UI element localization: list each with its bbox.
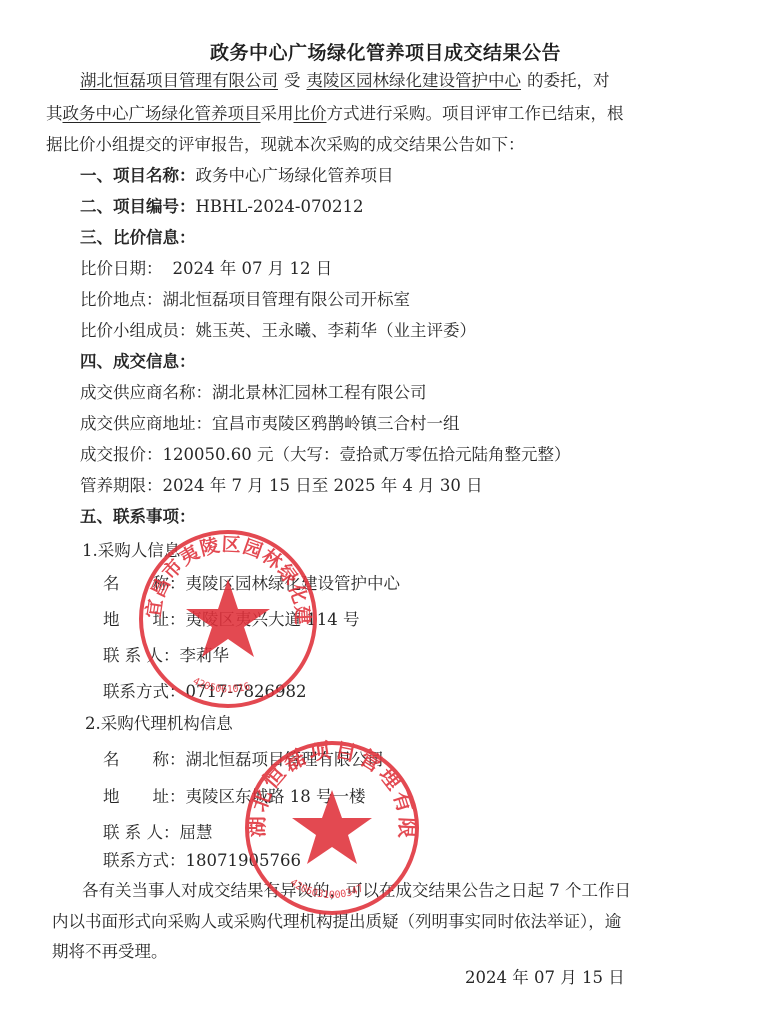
purchaser-address-row: 地 址：夷陵区夷兴大道 114 号 — [103, 609, 359, 631]
intro-line-3: 据比价小组提交的评审报告，现就本次采购的成交结果公告如下： — [46, 134, 525, 156]
document-title: 政务中心广场绿化管养项目成交结果公告 — [0, 38, 771, 65]
field-label: 比价小组成员： — [80, 321, 196, 340]
procurement-method: 比价 — [294, 104, 327, 123]
field-label: 地 址： — [103, 610, 186, 629]
field-value: 夷陵区东城路 18 号一楼 — [186, 787, 366, 806]
intro-line-2: 其政务中心广场绿化管养项目采用比价方式进行采购。项目评审工作已结束，根 — [46, 103, 624, 125]
accepted-by: 受 — [284, 71, 301, 90]
field-value: 2024 年 07 月 12 日 — [173, 259, 333, 278]
field-value: 屈慧 — [180, 823, 213, 842]
purchaser-info-heading: 1.采购人信息 — [82, 540, 180, 562]
supplier-name: 成交供应商名称：湖北景林汇园林工程有限公司 — [80, 382, 427, 404]
intro-text: 采用 — [261, 104, 294, 123]
field-value: 李莉华 — [180, 646, 230, 665]
field-value: 120050.60 元（大写：壹拾贰万零伍拾元陆角整元整） — [163, 445, 571, 464]
purchaser-contact-row: 联 系 人：李莉华 — [103, 645, 229, 667]
section-project-number: 二、项目编号：HBHL-2024-070212 — [80, 196, 364, 218]
field-value: 姚玉英、王永曦、李莉华（业主评委） — [196, 321, 477, 340]
section-label: 二、项目编号： — [80, 197, 196, 216]
project-number-value: HBHL-2024-070212 — [196, 197, 364, 216]
comparison-members: 比价小组成员：姚玉英、王永曦、李莉华（业主评委） — [80, 320, 476, 342]
agency-name-row: 名 称：湖北恒磊项目管理有限公司 — [103, 749, 384, 771]
purchaser-name: 夷陵区园林绿化建设管护中心 — [307, 71, 522, 90]
notice-line-3: 期将不再受理。 — [52, 941, 168, 963]
agency-contact-row: 联 系 人：屈慧 — [103, 822, 213, 844]
field-label: 比价地点： — [80, 290, 163, 309]
field-label: 联系方式： — [103, 682, 186, 701]
field-label: 成交供应商地址： — [80, 414, 212, 433]
section-contact: 五、联系事项： — [80, 506, 196, 528]
notice-line-2: 内以书面形式向采购人或采购代理机构提出质疑（列明事实同时依法举证），逾 — [52, 911, 621, 933]
field-label: 成交报价： — [80, 445, 163, 464]
project-name-value: 政务中心广场绿化管养项目 — [196, 166, 394, 185]
field-label: 名 称： — [103, 574, 186, 593]
maintenance-period: 管养期限：2024 年 7 月 15 日至 2025 年 4 月 30 日 — [80, 475, 483, 497]
deal-price: 成交报价：120050.60 元（大写：壹拾贰万零伍拾元陆角整元整） — [80, 444, 570, 466]
agency-info-heading: 2.采购代理机构信息 — [85, 713, 233, 735]
field-label: 联 系 人： — [103, 646, 180, 665]
section-comparison-info: 三、比价信息： — [80, 227, 196, 249]
agency-phone-row: 联系方式：18071905766 — [103, 850, 301, 872]
agency-name: 湖北恒磊项目管理有限公司 — [80, 71, 278, 90]
field-value: 0717-7826982 — [186, 682, 307, 701]
field-label: 联系方式： — [103, 851, 186, 870]
section-project-name: 一、项目名称：政务中心广场绿化管养项目 — [80, 165, 394, 187]
supplier-address: 成交供应商地址：宜昌市夷陵区鸦鹊岭镇三合村一组 — [80, 413, 460, 435]
intro-text: 的委托，对 — [527, 71, 610, 90]
notice-line-1: 各有关当事人对成交结果有异议的，可以在成交结果公告之日起 7 个工作日 — [82, 880, 631, 902]
field-label: 地 址： — [103, 787, 186, 806]
intro-text: 其 — [46, 104, 63, 123]
field-value: 湖北恒磊项目管理有限公司开标室 — [163, 290, 411, 309]
field-value: 夷陵区园林绿化建设管护中心 — [186, 574, 401, 593]
field-label: 名 称： — [103, 750, 186, 769]
field-value: 湖北恒磊项目管理有限公司 — [186, 750, 384, 769]
project-name-ref: 政务中心广场绿化管养项目 — [63, 104, 261, 123]
section-deal-info: 四、成交信息： — [80, 351, 196, 373]
purchaser-phone-row: 联系方式：0717-7826982 — [103, 681, 307, 703]
field-label: 联 系 人： — [103, 823, 180, 842]
intro-line-1: 湖北恒磊项目管理有限公司受夷陵区园林绿化建设管护中心的委托，对 — [80, 70, 610, 92]
purchaser-name-row: 名 称：夷陵区园林绿化建设管护中心 — [103, 573, 400, 595]
field-value: 湖北景林汇园林工程有限公司 — [212, 383, 427, 402]
agency-address-row: 地 址：夷陵区东城路 18 号一楼 — [103, 786, 366, 808]
field-value: 夷陵区夷兴大道 114 号 — [186, 610, 360, 629]
field-label: 管养期限： — [80, 476, 163, 495]
field-value: 2024 年 7 月 15 日至 2025 年 4 月 30 日 — [163, 476, 483, 495]
section-label: 一、项目名称： — [80, 166, 196, 185]
field-value: 宜昌市夷陵区鸦鹊岭镇三合村一组 — [212, 414, 460, 433]
intro-text: 方式进行采购。项目评审工作已结束，根 — [327, 104, 624, 123]
announcement-date: 2024 年 07 月 15 日 — [465, 967, 625, 989]
comparison-location: 比价地点：湖北恒磊项目管理有限公司开标室 — [80, 289, 410, 311]
field-label: 比价日期： — [80, 259, 163, 278]
comparison-date: 比价日期：2024 年 07 月 12 日 — [80, 258, 332, 280]
field-value: 18071905766 — [186, 851, 301, 870]
field-label: 成交供应商名称： — [80, 383, 212, 402]
